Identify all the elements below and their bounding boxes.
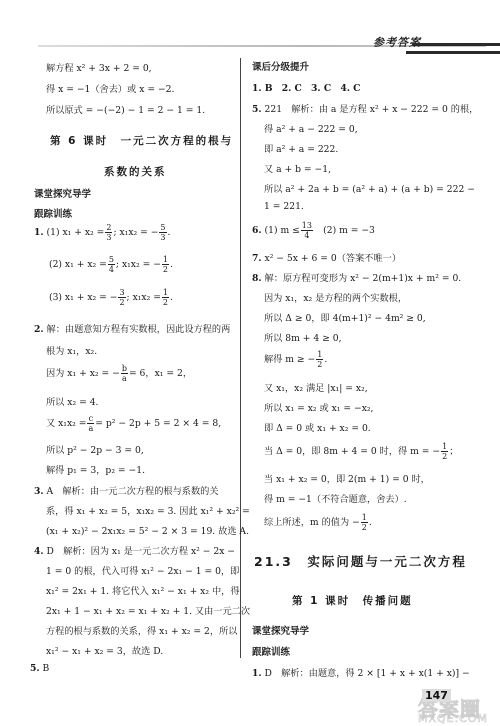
text-line: 所以 8m + 4 ≥ 0, <box>264 330 342 344</box>
question-5: 5. B <box>30 663 49 674</box>
fraction: 12 <box>162 288 169 307</box>
text-line: 根为 x₁，x₂. <box>46 343 97 357</box>
header-title: 参考答案 <box>373 34 421 50</box>
question-2: 2. 解：由题意知方程有实数根，因此设方程的两 <box>34 321 230 335</box>
fraction: 12 <box>316 350 323 369</box>
text-line: 所以 Δ ≥ 0，即 4(m+1)² − 4m² ≥ 0, <box>264 310 426 324</box>
section-title: 21.3 实际问题与一元二次方程 <box>254 552 467 570</box>
fraction: 134 <box>301 221 313 240</box>
lesson-title: 第 1 课时 传播问题 <box>292 593 413 608</box>
fraction: 32 <box>118 288 125 307</box>
question-5: 5. 221 解析：由 a 是方程 x² + x − 222 = 0 的根， <box>252 101 478 115</box>
text-line: (x₁ + x₂)² − 2x₁x₂ = 5² − 2 × 3 = 19. 故选… <box>46 523 249 537</box>
text-line: 1 = 0 的根，代入可得 x₁² − 2x₁ − 1 = 0，即 <box>46 563 239 577</box>
question-3: 3. A 解析：由一元二次方程的根与系数的关 <box>34 483 219 497</box>
text-line: 方程的根与系数的关系，得 x₁ + x₂ = 2，所以 <box>46 623 237 637</box>
lesson-title-cont: 系数的关系 <box>104 164 167 179</box>
text-line: 综上所述，m 的值为 −12. <box>264 513 372 532</box>
question-1: 1. (1) x₁ + x₂ =23; x₁x₂ = −53. <box>34 223 170 242</box>
text-line: x₁² − x₁ + x₂ = 3，故选 D. <box>46 643 163 657</box>
fraction: ba <box>121 364 128 383</box>
text-line: 所以 x₁ = x₂ 或 x₁ = −x₂, <box>264 400 373 414</box>
answers-1-4: 1. B 2. C 3. C 4. C <box>252 80 360 94</box>
lesson-title: 第 6 课时 一元二次方程的根与 <box>50 133 233 148</box>
text-line: 又 x₁，x₂ 满足 |x₁| = x₂, <box>264 380 368 394</box>
section-heading: 跟踪训练 <box>252 644 290 658</box>
text-line: 系，得 x₁ + x₂ = 5，x₁x₂ = 3. 因此 x₁² + x₂² = <box>46 503 250 517</box>
question-1-part-3: (3) x₁ + x₂ = −32; x₁x₂ =12. <box>49 288 173 307</box>
watermark-url: MXQE.COM <box>418 712 488 725</box>
header-decor-bar <box>406 51 500 54</box>
header-decor-bar <box>412 43 500 46</box>
section-heading: 课后分级提升 <box>252 59 309 73</box>
text-line: 因为 x₁ + x₂ = −ba= 6，x₁ = 2， <box>46 364 192 383</box>
text-line: x₁² = 2x₁ + 1. 将它代入 x₁² − x₁ + x₂ 中，得 <box>46 583 240 597</box>
text-line: 得 a² + a − 222 = 0, <box>264 121 358 135</box>
question-1-part-2: (2) x₁ + x₂ =54; x₁x₂ = −12. <box>49 255 173 274</box>
question-4: 4. D 解析：因为 x₁ 是一元二次方程 x² − 2x − <box>34 543 235 557</box>
text-line: 当 Δ = 0，即 8m + 4 = 0 时，得 m = −12； <box>264 442 458 461</box>
fraction: 12 <box>162 255 169 274</box>
question-8: 8. 解：原方程可变形为 x² − 2(m+1)x + m² = 0. <box>252 270 461 284</box>
column-divider <box>240 58 241 658</box>
text-line: 当 x₁ + x₂ = 0，即 2(m + 1) = 0 时， <box>264 471 430 485</box>
fraction: 12 <box>361 513 368 532</box>
text-line: 即 a² + a = 222. <box>264 141 338 155</box>
text-line: 解得 m ≥ −12. <box>264 350 327 369</box>
text-line: 又 x₁x₂ =ca= p² − 2p + 5 = 2 × 4 = 8, <box>46 414 221 433</box>
text-line: 所以 a² + 2a + b = (a² + a) + (a + b) = 22… <box>264 181 475 195</box>
section-heading: 跟踪训练 <box>34 206 72 220</box>
text-line: 所以 p² − 2p − 3 = 0, <box>46 442 144 456</box>
text-line: 因为 x₁，x₂ 是方程的两个实数根， <box>264 290 407 304</box>
text-line: 所以 x₂ = 4. <box>46 394 98 408</box>
fraction: 54 <box>108 255 115 274</box>
text-line: 得 m = −1（不符合题意，舍去）. <box>264 491 407 505</box>
text-line: 得 x = −1（舍去）或 x = −2. <box>46 81 174 95</box>
text-line: 又 a + b = −1, <box>264 161 331 175</box>
section-heading: 课堂探究导学 <box>34 186 91 200</box>
question-6: 6. (1) m ≤134 (2) m = −3 <box>252 221 375 240</box>
question-7: 7. x² − 5x + 6 = 0（答案不唯一） <box>252 250 401 264</box>
page-number: 147 <box>422 689 451 702</box>
section-heading: 课堂探究导学 <box>252 623 309 637</box>
text-line: 解方程 x² + 3x + 2 = 0, <box>46 60 152 74</box>
text-line: 即 Δ = 0 或 x₁ + x₂ = 0. <box>264 420 371 434</box>
text-line: 所以原式 = −(−2) − 1 = 2 − 1 = 1. <box>46 102 205 116</box>
text-line: 1 = 221. <box>264 201 304 212</box>
fraction: 12 <box>441 442 448 461</box>
question-1: 1. D 解析：由题意，得 2 × [1 + x + x(1 + x)] − <box>252 665 470 679</box>
text-line: 2x₁ + 1 − x₁ + x₂ = x₁ + x₂ + 1. 又由一元二次 <box>46 603 250 617</box>
fraction: 23 <box>105 223 112 242</box>
fraction: ca <box>87 414 94 433</box>
text-line: 解得 p₁ = 3，p₂ = −1. <box>46 462 145 476</box>
fraction: 53 <box>159 223 166 242</box>
